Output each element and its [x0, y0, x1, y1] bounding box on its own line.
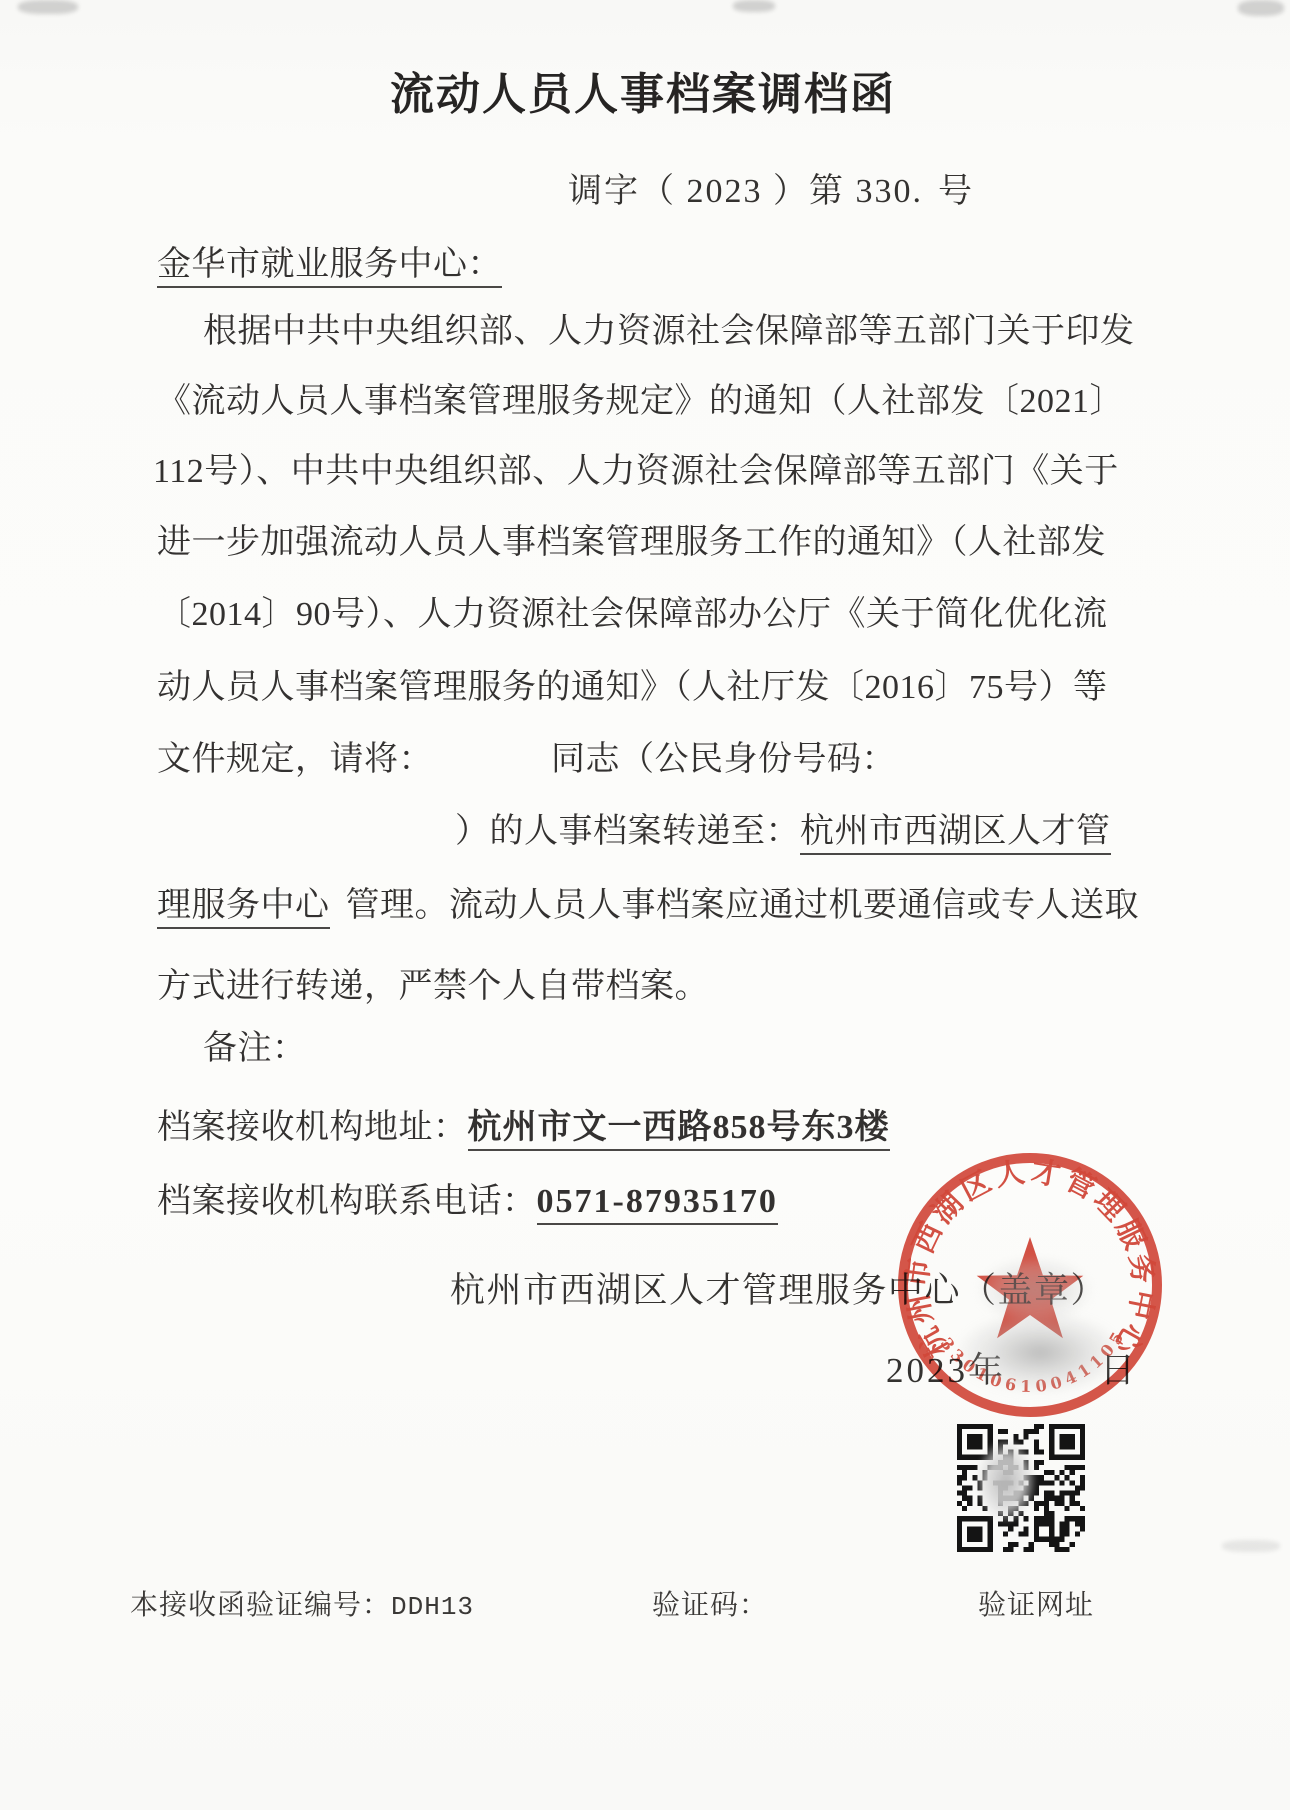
destination-org: 理服务中心: [157, 887, 330, 929]
body-line: 理服务中心管理。流动人员人事档案应通过机要通信或专人送取: [157, 877, 1139, 926]
body-line: 112号）、中共中央组织部、人力资源社会保障部等五部门《关于: [153, 443, 1119, 492]
body-line: 方式进行转递，严禁个人自带档案。: [157, 958, 709, 1007]
verify-number-label: 本接收函验证编号：: [130, 1590, 391, 1621]
scan-artifact: [18, 0, 78, 14]
body-line: 动人员人事档案管理服务的通知》（人社厅发〔2016〕75号）等: [157, 659, 1108, 708]
qr-code: [957, 1424, 1085, 1552]
doc-number-suffix: 号: [938, 163, 974, 212]
body-line: 文件规定，请将：同志（公民身份号码：: [157, 731, 896, 780]
verify-number-line: 本接收函验证编号：DDH13: [130, 1583, 474, 1623]
verify-number-value: DDH13: [391, 1592, 474, 1622]
scan-artifact: [733, 0, 775, 12]
phone-value: 0571-87935170: [537, 1183, 778, 1225]
scanned-document: 流动人员人事档案调档函 调字（ 2023 ）第 330. 号 金华市就业服务中心…: [0, 0, 1290, 1810]
body-line: 进一步加强流动人员人事档案管理服务工作的通知》（人社部发: [157, 514, 1106, 563]
recipient-line: 金华市就业服务中心：: [157, 246, 502, 288]
body-line: ）的人事档案转递至：杭州市西湖区人才管: [157, 803, 1111, 852]
verify-url-label: 验证网址: [978, 1583, 1094, 1623]
body-line: 〔2014〕90号）、人力资源社会保障部办公厅《关于简化优化流: [157, 586, 1108, 635]
phone-label: 档案接收机构联系电话：: [157, 1183, 537, 1220]
fill-in-label: 文件规定，请将：: [157, 741, 433, 778]
remark-label: 备注：: [157, 1020, 307, 1069]
scan-artifact: [1238, 0, 1284, 16]
verify-code-label: 验证码：: [652, 1583, 768, 1623]
body-line: 根据中共中央组织部、人力资源社会保障部等五部门关于印发: [157, 303, 1135, 352]
address-label: 档案接收机构地址：: [157, 1109, 468, 1146]
body-line: 《流动人员人事档案管理服务规定》的通知（人社部发〔2021〕: [157, 373, 1124, 422]
address-value: 杭州市文一西路858号东3楼: [468, 1109, 890, 1151]
address-line: 档案接收机构地址：杭州市文一西路858号东3楼: [157, 1099, 890, 1148]
doc-number: 调字（ 2023 ）第 330.: [568, 163, 923, 212]
scan-artifact: [1222, 1540, 1280, 1552]
star-icon: [977, 1237, 1084, 1338]
destination-org: 杭州市西湖区人才管: [800, 813, 1111, 855]
phone-line: 档案接收机构联系电话：0571-87935170: [157, 1173, 778, 1222]
document-title: 流动人员人事档案调档函: [390, 58, 896, 122]
official-seal: 杭州市西湖区人才管理服务中心 33010610041105: [880, 1135, 1180, 1435]
